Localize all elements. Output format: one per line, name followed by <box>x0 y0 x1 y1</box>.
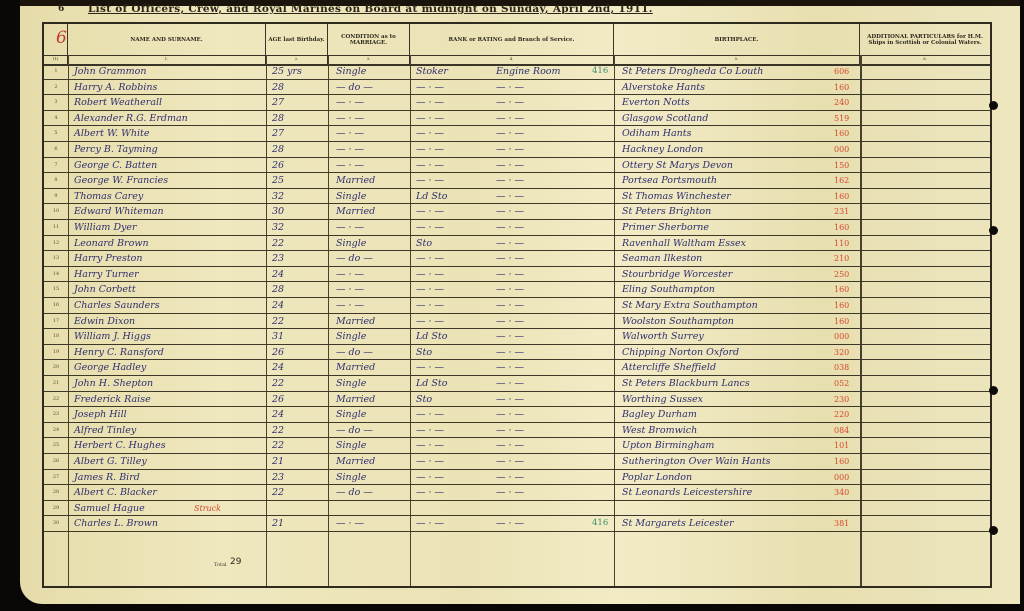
crew-name: Henry C. Ransford <box>74 345 164 360</box>
marital-condition: — · — <box>336 126 364 141</box>
marital-condition: Single <box>336 329 366 344</box>
punch-hole <box>989 386 998 395</box>
marital-condition: Single <box>336 236 366 251</box>
colnum-4: 4. <box>410 56 614 64</box>
table-row: 13 Harry Preston 23 — do — — · — — · — S… <box>44 251 990 267</box>
birthplace-code: 038 <box>834 360 849 375</box>
crew-name: Herbert C. Hughes <box>74 438 166 453</box>
age: 28 <box>272 80 284 95</box>
crew-name: Edwin Dixon <box>74 314 135 329</box>
table-row: 8 George W. Francies 25 Married — · — — … <box>44 173 990 189</box>
branch: — · — <box>496 329 524 344</box>
age: 26 <box>272 158 284 173</box>
birthplace-code: 230 <box>834 392 849 407</box>
birthplace-code: 162 <box>834 173 849 188</box>
birthplace: Odiham Hants <box>622 126 691 141</box>
age: 28 <box>272 282 284 297</box>
branch: — · — <box>496 204 524 219</box>
crew-name: Harry Preston <box>74 251 143 266</box>
row-number: 7 <box>44 158 68 173</box>
rank: Sto <box>416 392 432 407</box>
rank: — · — <box>416 251 444 266</box>
marital-condition: — · — <box>336 111 364 126</box>
age: 22 <box>272 438 284 453</box>
rank: — · — <box>416 298 444 313</box>
crew-name: James R. Bird <box>74 470 140 485</box>
row-number: 27 <box>44 470 68 485</box>
marital-condition: — · — <box>336 267 364 282</box>
birthplace-code: 160 <box>834 80 849 95</box>
crew-name: William Dyer <box>74 220 137 235</box>
marital-condition: Single <box>336 470 366 485</box>
census-page: 6 List of Officers, Crew, and Royal Mari… <box>20 0 1020 604</box>
table-row: 6 Percy B. Tayming 28 — · — — · — — · — … <box>44 142 990 158</box>
row-number: 26 <box>44 454 68 469</box>
branch: — · — <box>496 158 524 173</box>
age: 32 <box>272 220 284 235</box>
branch: — · — <box>496 376 524 391</box>
rank: — · — <box>416 142 444 157</box>
crew-name: John Grammon <box>74 64 146 79</box>
birthplace: Alverstoke Hants <box>622 80 705 95</box>
rank: Ld Sto <box>416 189 447 204</box>
table-row: 11 William Dyer 32 — · — — · — — · — Pri… <box>44 220 990 236</box>
rank: — · — <box>416 173 444 188</box>
branch: — · — <box>496 470 524 485</box>
marital-condition: — do — <box>336 485 373 500</box>
table-row: 14 Harry Turner 24 — · — — · — — · — Sto… <box>44 267 990 283</box>
branch: — · — <box>496 95 524 110</box>
marital-condition: — · — <box>336 516 364 531</box>
table-row: 9 Thomas Carey 32 Single Ld Sto — · — St… <box>44 189 990 205</box>
row-number: 22 <box>44 392 68 407</box>
crew-name: Charles Saunders <box>74 298 160 313</box>
birthplace-code: 101 <box>834 438 849 453</box>
marital-condition: Single <box>336 189 366 204</box>
row-number: 21 <box>44 376 68 391</box>
birthplace-code: 250 <box>834 267 849 282</box>
row-number: 11 <box>44 220 68 235</box>
row-number: 28 <box>44 485 68 500</box>
age: 21 <box>272 454 284 469</box>
birthplace: St Peters Blackburn Lancs <box>622 376 750 391</box>
margin-annotation: 6 <box>56 28 67 48</box>
age: 32 <box>272 189 284 204</box>
age: 24 <box>272 360 284 375</box>
rank: — · — <box>416 360 444 375</box>
row-number: 18 <box>44 329 68 344</box>
header-name: NAME AND SURNAME. <box>68 24 266 55</box>
table-row: 1 John Grammon 25 yrs Single Stoker Engi… <box>44 64 990 80</box>
rank: — · — <box>416 485 444 500</box>
colnum-2: 2. <box>266 56 328 64</box>
rank: Ld Sto <box>416 329 447 344</box>
birthplace: Glasgow Scotland <box>622 111 708 126</box>
table-row: 3 Robert Weatherall 27 — · — — · — — · —… <box>44 95 990 111</box>
age: 30 <box>272 204 284 219</box>
branch: — · — <box>496 298 524 313</box>
colnum-5: 5. <box>614 56 860 64</box>
row-number: 6 <box>44 142 68 157</box>
birthplace: Attercliffe Sheffield <box>622 360 716 375</box>
row-number: 9 <box>44 189 68 204</box>
birthplace: Bagley Durham <box>622 407 697 422</box>
crew-name: George Hadley <box>74 360 146 375</box>
birthplace: Eling Southampton <box>622 282 715 297</box>
table-row: 12 Leonard Brown 22 Single Sto — · — Rav… <box>44 236 990 252</box>
marital-condition: Married <box>336 173 375 188</box>
birthplace: Woolston Southampton <box>622 314 734 329</box>
marital-condition: — do — <box>336 251 373 266</box>
branch: — · — <box>496 407 524 422</box>
rank: — · — <box>416 158 444 173</box>
table-row: 7 George C. Batten 26 — · — — · — — · — … <box>44 158 990 174</box>
branch: Engine Room <box>496 64 561 79</box>
age: 21 <box>272 516 284 531</box>
branch: — · — <box>496 251 524 266</box>
crew-name: Samuel Hague <box>74 501 145 516</box>
marital-condition: Single <box>336 376 366 391</box>
crew-name: Frederick Raise <box>74 392 151 407</box>
crew-name: Albert G. Tilley <box>74 454 147 469</box>
age: 28 <box>272 111 284 126</box>
birthplace: St Peters Brighton <box>622 204 711 219</box>
table-row: 18 William J. Higgs 31 Single Ld Sto — ·… <box>44 329 990 345</box>
marital-condition: Married <box>336 392 375 407</box>
birthplace-code: 110 <box>834 236 849 251</box>
rank: — · — <box>416 438 444 453</box>
crew-name: Charles L. Brown <box>74 516 158 531</box>
colnum-6: 6. <box>860 56 990 64</box>
row-number: 29 <box>44 501 68 516</box>
birthplace-code: 160 <box>834 314 849 329</box>
birthplace: St Thomas Winchester <box>622 189 731 204</box>
branch: — · — <box>496 220 524 235</box>
table-row: 25 Herbert C. Hughes 22 Single — · — — ·… <box>44 438 990 454</box>
birthplace-code: 210 <box>834 251 849 266</box>
page-number: 6 <box>58 4 64 14</box>
rank: — · — <box>416 267 444 282</box>
rank: — · — <box>416 126 444 141</box>
row-number: 24 <box>44 423 68 438</box>
header-condition: CONDITION as to MARRIAGE. <box>328 24 410 55</box>
age: 23 <box>272 470 284 485</box>
marital-condition: Married <box>336 360 375 375</box>
marital-condition: — do — <box>336 80 373 95</box>
birthplace: St Leonards Leicestershire <box>622 485 752 500</box>
crew-name: Leonard Brown <box>74 236 149 251</box>
crew-name: Joseph Hill <box>74 407 127 422</box>
row-number: 8 <box>44 173 68 188</box>
rank: — · — <box>416 282 444 297</box>
table-row: 28 Albert C. Blacker 22 — do — — · — — ·… <box>44 485 990 501</box>
crew-name: John H. Shepton <box>74 376 153 391</box>
branch: — · — <box>496 80 524 95</box>
rank: — · — <box>416 95 444 110</box>
age: 26 <box>272 392 284 407</box>
struck-note: Struck <box>194 501 221 516</box>
rank: — · — <box>416 220 444 235</box>
birthplace: Stourbridge Worcester <box>622 267 732 282</box>
age: 24 <box>272 298 284 313</box>
total-label: Total <box>214 562 227 568</box>
crew-table: NAME AND SURNAME. AGE last Birthday. CON… <box>42 22 992 588</box>
rank: Sto <box>416 236 432 251</box>
table-row: 17 Edwin Dixon 22 Married — · — — · — Wo… <box>44 314 990 330</box>
branch: — · — <box>496 236 524 251</box>
table-row: 27 James R. Bird 23 Single — · — — · — P… <box>44 470 990 486</box>
page-title: List of Officers, Crew, and Royal Marine… <box>88 3 653 15</box>
branch: — · — <box>496 360 524 375</box>
header-rank: RANK or RATING and Branch of Service. <box>410 24 614 55</box>
branch: — · — <box>496 438 524 453</box>
rank: — · — <box>416 407 444 422</box>
marital-condition: — · — <box>336 142 364 157</box>
table-row: 15 John Corbett 28 — · — — · — — · — Eli… <box>44 282 990 298</box>
table-row: 23 Joseph Hill 24 Single — · — — · — Bag… <box>44 407 990 423</box>
branch: — · — <box>496 282 524 297</box>
birthplace: St Margarets Leicester <box>622 516 734 531</box>
table-row: 21 John H. Shepton 22 Single Ld Sto — · … <box>44 376 990 392</box>
row-number: 19 <box>44 345 68 360</box>
birthplace: Poplar London <box>622 470 692 485</box>
crew-name: Alexander R.G. Erdman <box>74 111 188 126</box>
birthplace-code: 220 <box>834 407 849 422</box>
age: 22 <box>272 423 284 438</box>
birthplace: Seaman Ilkeston <box>622 251 702 266</box>
row-number: 3 <box>44 95 68 110</box>
birthplace-code: 381 <box>834 516 849 531</box>
crew-name: Harry A. Robbins <box>74 80 157 95</box>
marital-condition: Single <box>336 438 366 453</box>
marital-condition: — · — <box>336 282 364 297</box>
row-number: 10 <box>44 204 68 219</box>
birthplace-code: 000 <box>834 470 849 485</box>
table-row: 5 Albert W. White 27 — · — — · — — · — O… <box>44 126 990 142</box>
branch: — · — <box>496 423 524 438</box>
birthplace: Worthing Sussex <box>622 392 703 407</box>
marital-condition: — do — <box>336 345 373 360</box>
birthplace: Portsea Portsmouth <box>622 173 717 188</box>
birthplace-code: 160 <box>834 220 849 235</box>
occupation-code: 416 <box>592 64 608 79</box>
crew-name: John Corbett <box>74 282 136 297</box>
birthplace: Chipping Norton Oxford <box>622 345 739 360</box>
age: 31 <box>272 329 284 344</box>
branch: — · — <box>496 314 524 329</box>
marital-condition: — · — <box>336 220 364 235</box>
rank: Ld Sto <box>416 376 447 391</box>
table-row: 30 Charles L. Brown 21 — · — — · — — · —… <box>44 516 990 532</box>
punch-hole <box>989 526 998 535</box>
table-row: 19 Henry C. Ransford 26 — do — Sto — · —… <box>44 345 990 361</box>
age: 22 <box>272 376 284 391</box>
birthplace: Everton Notts <box>622 95 690 110</box>
marital-condition: Married <box>336 454 375 469</box>
crew-name: Edward Whiteman <box>74 204 164 219</box>
birthplace-code: 160 <box>834 282 849 297</box>
rank: — · — <box>416 204 444 219</box>
birthplace-code: 160 <box>834 126 849 141</box>
total-value: 29 <box>230 557 241 567</box>
age: 22 <box>272 236 284 251</box>
birthplace-code: 231 <box>834 204 849 219</box>
table-row: 26 Albert G. Tilley 21 Married — · — — ·… <box>44 454 990 470</box>
birthplace: St Mary Extra Southampton <box>622 298 758 313</box>
rank: — · — <box>416 111 444 126</box>
row-number: 13 <box>44 251 68 266</box>
crew-name: Alfred Tinley <box>74 423 136 438</box>
rank: — · — <box>416 516 444 531</box>
row-number: 5 <box>44 126 68 141</box>
crew-name: Albert C. Blacker <box>74 485 157 500</box>
birthplace-code: 000 <box>834 329 849 344</box>
rank: — · — <box>416 314 444 329</box>
crew-name: Albert W. White <box>74 126 150 141</box>
colnum-0: (1) <box>44 56 68 64</box>
birthplace: Walworth Surrey <box>622 329 704 344</box>
row-number: 2 <box>44 80 68 95</box>
age: 24 <box>272 267 284 282</box>
marital-condition: Single <box>336 407 366 422</box>
age: 22 <box>272 485 284 500</box>
rank: — · — <box>416 470 444 485</box>
birthplace: Upton Birmingham <box>622 438 714 453</box>
birthplace-code: 000 <box>834 142 849 157</box>
occupation-code: 416 <box>592 516 608 531</box>
branch: — · — <box>496 111 524 126</box>
branch: — · — <box>496 392 524 407</box>
row-number: 30 <box>44 516 68 531</box>
birthplace: St Peters Drogheda Co Louth <box>622 64 763 79</box>
row-number: 1 <box>44 64 68 79</box>
branch: — · — <box>496 485 524 500</box>
branch: — · — <box>496 454 524 469</box>
table-row: 16 Charles Saunders 24 — · — — · — — · —… <box>44 298 990 314</box>
age: 25 yrs <box>272 64 302 79</box>
birthplace-code: 084 <box>834 423 849 438</box>
crew-name: William J. Higgs <box>74 329 151 344</box>
birthplace: Primer Sherborne <box>622 220 709 235</box>
birthplace: West Bromwich <box>622 423 697 438</box>
age: 23 <box>272 251 284 266</box>
rank: Sto <box>416 345 432 360</box>
rank: — · — <box>416 423 444 438</box>
marital-condition: — · — <box>336 95 364 110</box>
branch: — · — <box>496 345 524 360</box>
row-number: 4 <box>44 111 68 126</box>
age: 27 <box>272 95 284 110</box>
birthplace: Sutherington Over Wain Hants <box>622 454 771 469</box>
marital-condition: — · — <box>336 298 364 313</box>
table-row: 22 Frederick Raise 26 Married Sto — · — … <box>44 392 990 408</box>
table-row: 29 Samuel Hague Struck <box>44 501 990 517</box>
branch: — · — <box>496 189 524 204</box>
age: 22 <box>272 314 284 329</box>
marital-condition: Married <box>336 314 375 329</box>
marital-condition: — · — <box>336 158 364 173</box>
punch-hole <box>989 226 998 235</box>
table-row: 24 Alfred Tinley 22 — do — — · — — · — W… <box>44 423 990 439</box>
crew-name: Thomas Carey <box>74 189 143 204</box>
colnum-1: 1. <box>68 56 266 64</box>
crew-name: George W. Francies <box>74 173 168 188</box>
birthplace-code: 519 <box>834 111 849 126</box>
header-birthplace: BIRTHPLACE. <box>614 24 860 55</box>
row-number: 17 <box>44 314 68 329</box>
table-row: 2 Harry A. Robbins 28 — do — — · — — · —… <box>44 80 990 96</box>
row-number: 14 <box>44 267 68 282</box>
crew-name: Percy B. Tayming <box>74 142 158 157</box>
rank: — · — <box>416 454 444 469</box>
birthplace: Ravenhall Waltham Essex <box>622 236 746 251</box>
punch-hole <box>989 101 998 110</box>
birthplace: Ottery St Marys Devon <box>622 158 733 173</box>
crew-name: George C. Batten <box>74 158 157 173</box>
age: 26 <box>272 345 284 360</box>
crew-name: Harry Turner <box>74 267 139 282</box>
age: 25 <box>272 173 284 188</box>
row-number: 12 <box>44 236 68 251</box>
table-row: 4 Alexander R.G. Erdman 28 — · — — · — —… <box>44 111 990 127</box>
birthplace-code: 160 <box>834 298 849 313</box>
row-number: 23 <box>44 407 68 422</box>
row-number: 15 <box>44 282 68 297</box>
birthplace: Hackney London <box>622 142 703 157</box>
header-additional: ADDITIONAL PARTICULARS for H.M. Ships in… <box>860 24 990 55</box>
marital-condition: Single <box>336 64 366 79</box>
birthplace-code: 240 <box>834 95 849 110</box>
row-number: 16 <box>44 298 68 313</box>
colnum-3: 3. <box>328 56 410 64</box>
branch: — · — <box>496 126 524 141</box>
birthplace-code: 160 <box>834 454 849 469</box>
branch: — · — <box>496 267 524 282</box>
birthplace-code: 150 <box>834 158 849 173</box>
birthplace-code: 340 <box>834 485 849 500</box>
marital-condition: Married <box>336 204 375 219</box>
birthplace-code: 320 <box>834 345 849 360</box>
marital-condition: — do — <box>336 423 373 438</box>
row-number: 20 <box>44 360 68 375</box>
row-number: 25 <box>44 438 68 453</box>
age: 24 <box>272 407 284 422</box>
table-row: 20 George Hadley 24 Married — · — — · — … <box>44 360 990 376</box>
branch: — · — <box>496 142 524 157</box>
branch: — · — <box>496 516 524 531</box>
crew-name: Robert Weatherall <box>74 95 162 110</box>
birthplace-code: 606 <box>834 64 849 79</box>
birthplace-code: 052 <box>834 376 849 391</box>
rank: Stoker <box>416 64 448 79</box>
header-age: AGE last Birthday. <box>266 24 328 55</box>
age: 27 <box>272 126 284 141</box>
table-row: 10 Edward Whiteman 30 Married — · — — · … <box>44 204 990 220</box>
branch: — · — <box>496 173 524 188</box>
rank: — · — <box>416 80 444 95</box>
birthplace-code: 160 <box>834 189 849 204</box>
age: 28 <box>272 142 284 157</box>
